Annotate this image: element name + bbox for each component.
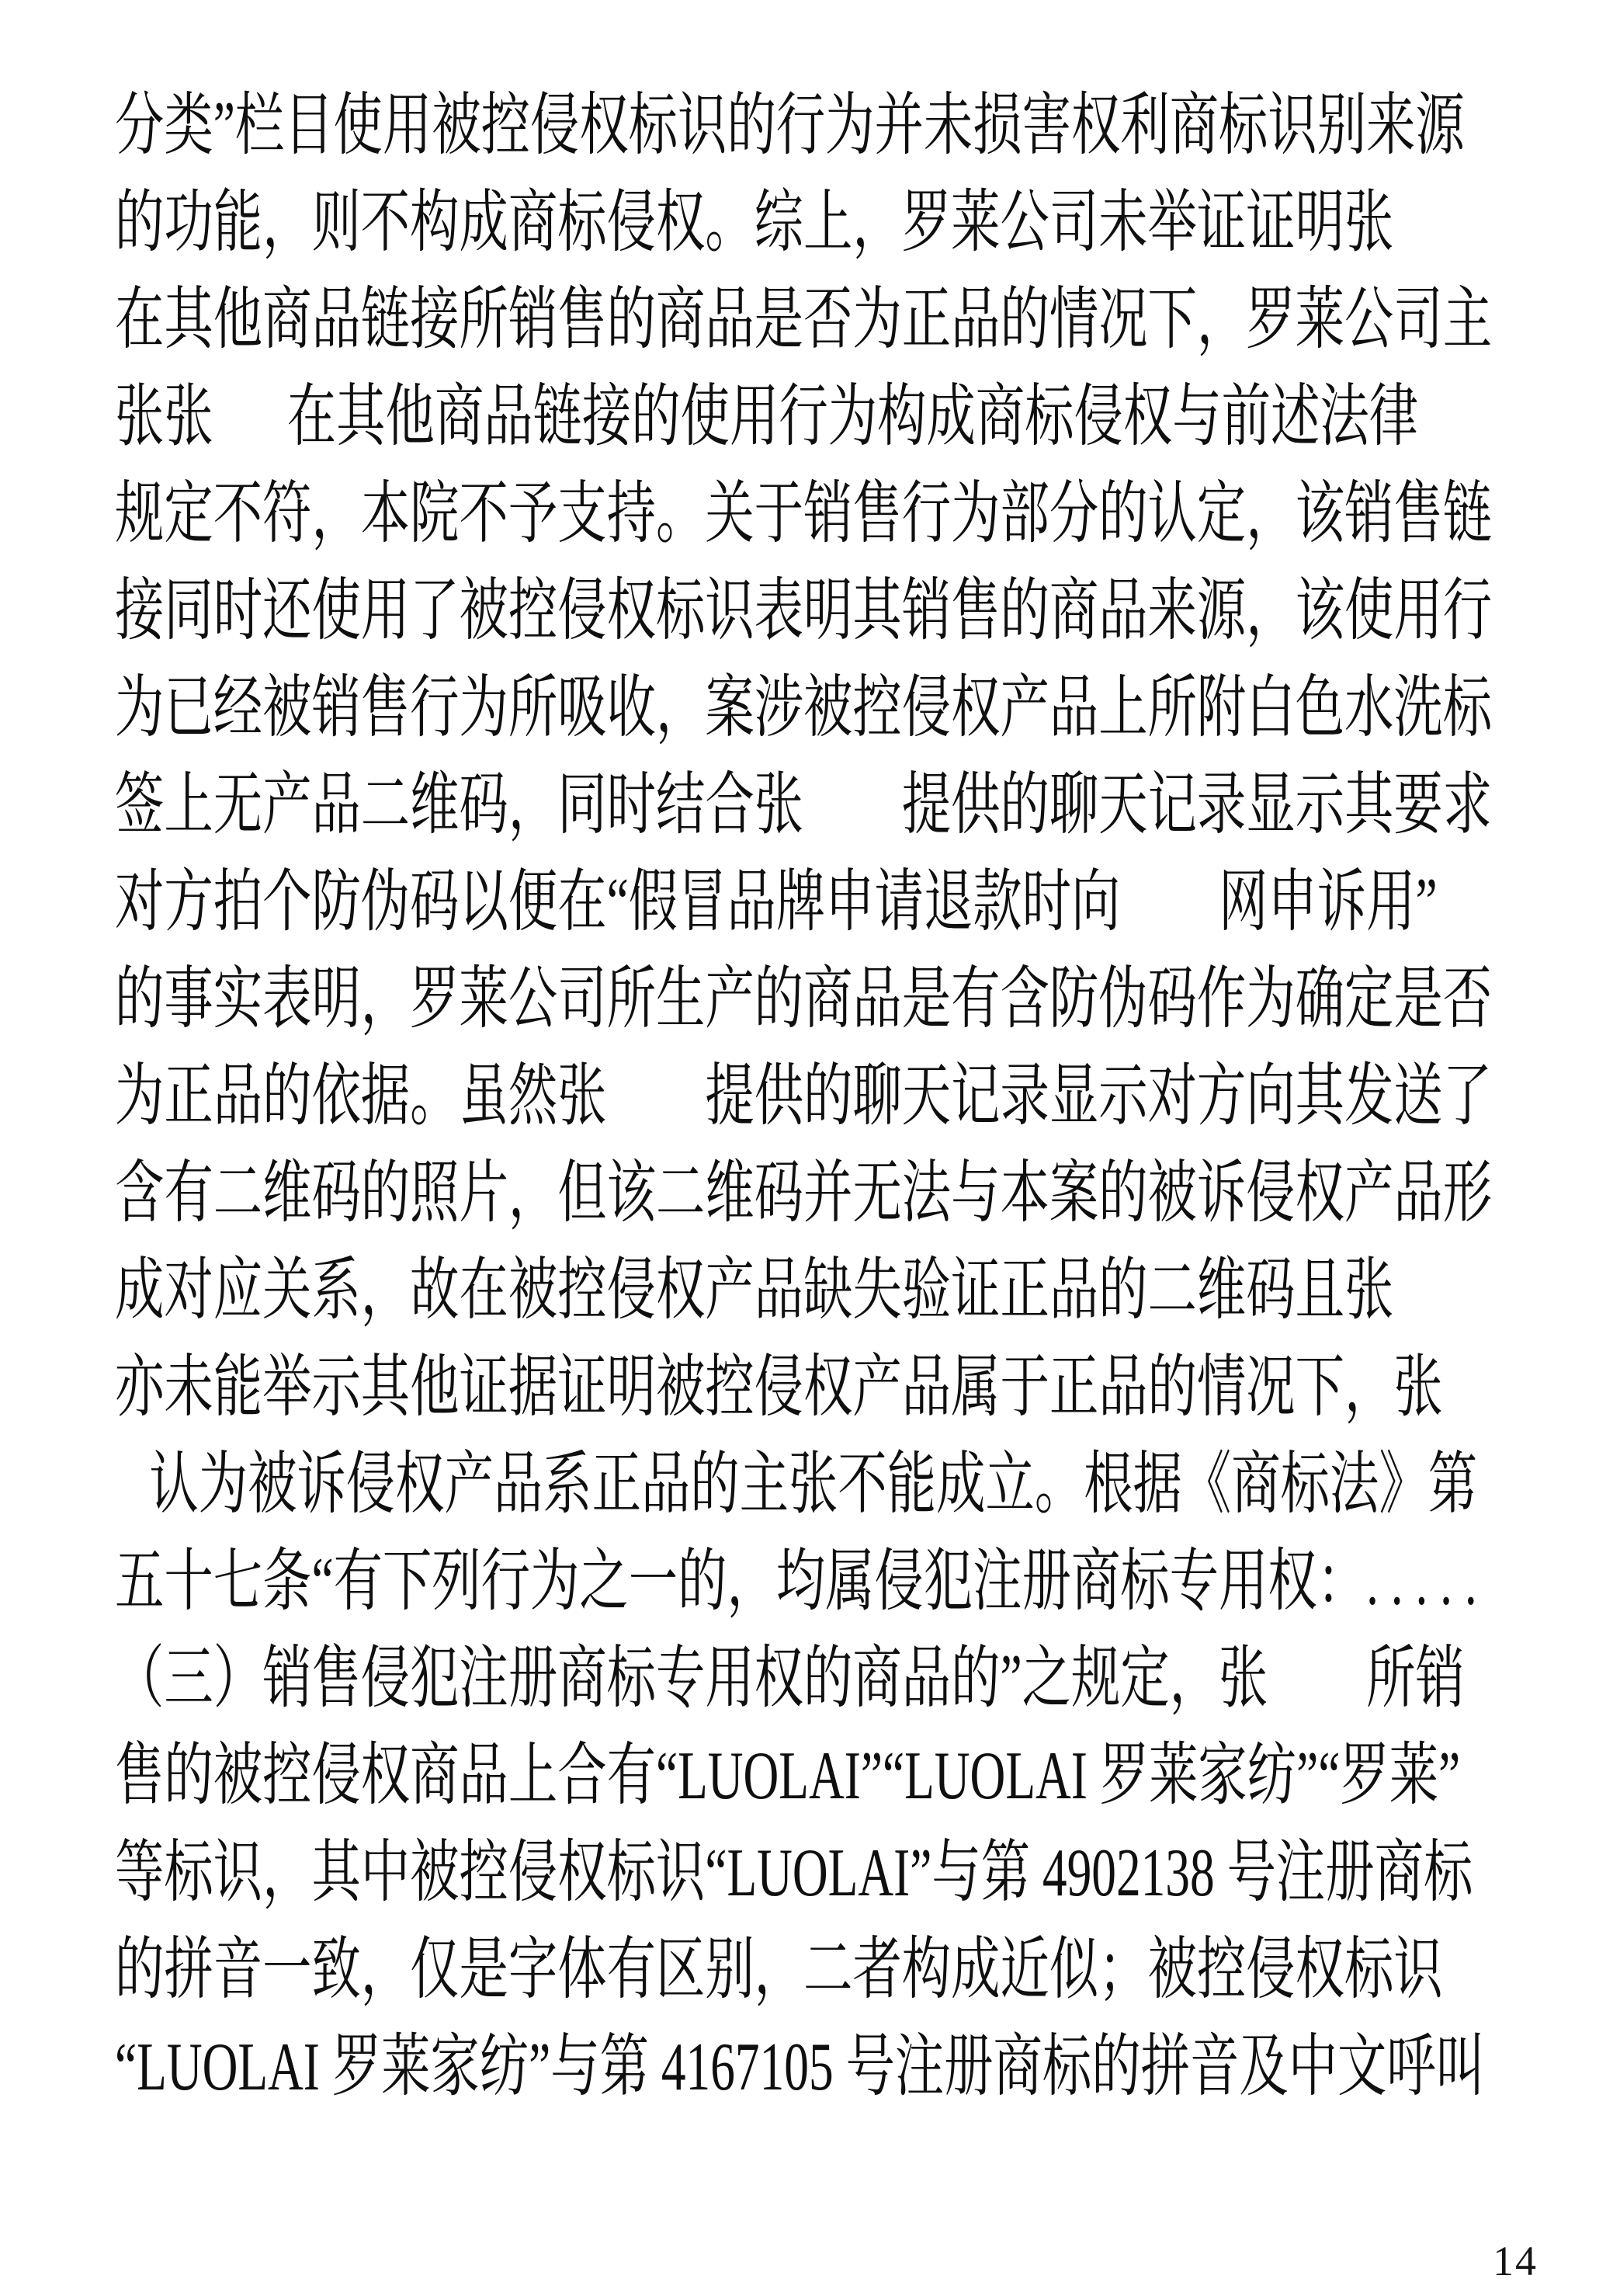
text-line: 为正品的依据。虽然张提供的聊天记录显示对方向其发送了 — [115, 1048, 1512, 1145]
text-line: 含有二维码的照片，但该二维码并无法与本案的被诉侵权产品形 — [115, 1145, 1512, 1242]
text-line: 的功能，则不构成商标侵权。综上，罗莱公司未举证证明张 — [115, 175, 1512, 272]
text-segment: 分类”栏目使用被控侵权标识的行为并未损害权利商标识别来源 — [115, 89, 1465, 164]
text-line-content: 售的被控侵权商品上合有“LUOLAI”“LUOLAI 罗莱家纺”“罗莱” — [115, 1728, 1460, 1825]
page-number: 14 — [1493, 2237, 1538, 2285]
text-line: 五十七条“有下列行为之一的，均属侵犯注册商标专用权：. . . . . — [115, 1534, 1512, 1631]
redaction-blank — [213, 432, 287, 439]
text-segment: 提供的聊天记录显示对方向其发送了 — [705, 1059, 1492, 1134]
text-segment: 售的被控侵权商品上合有“LUOLAI”“LUOLAI 罗莱家纺”“罗莱” — [115, 1738, 1460, 1814]
text-line-content: 五十七条“有下列行为之一的，均属侵犯注册商标专用权：. . . . . — [115, 1534, 1477, 1631]
text-line-content: 含有二维码的照片，但该二维码并无法与本案的被诉侵权产品形 — [115, 1145, 1492, 1242]
text-line: 亦未能举示其他证据证明被控侵权产品属于正品的情况下，张 — [115, 1339, 1512, 1436]
text-segment: 签上无产品二维码，同时结合张 — [115, 768, 803, 843]
text-segment: 在其他商品链接所销售的商品是否为正品的情况下，罗莱公司主 — [115, 283, 1492, 358]
text-line-content: 的事实表明，罗莱公司所生产的商品是有含防伪码作为确定是否 — [115, 951, 1492, 1048]
text-segment: 五十七条“有下列行为之一的，均属侵犯注册商标专用权：. . . . . — [115, 1544, 1477, 1620]
text-line: 成对应关系，故在被控侵权产品缺失验证正品的二维码且张 — [115, 1242, 1512, 1339]
text-line-content: 的拼音一致，仅是字体有区别，二者构成近似；被控侵权标识 — [115, 1922, 1443, 2019]
text-line: 分类”栏目使用被控侵权标识的行为并未损害权利商标识别来源 — [115, 78, 1512, 175]
text-line: 的事实表明，罗莱公司所生产的商品是有含防伪码作为确定是否 — [115, 951, 1512, 1048]
text-line-content: 对方拍个防伪码以便在“假冒品牌申请退款时向网申诉用” — [115, 854, 1438, 951]
text-line: 等标识，其中被控侵权标识“LUOLAI”与第 4902138 号注册商标 — [115, 1825, 1512, 1922]
text-segment: 在其他商品链接的使用行为构成商标侵权与前述法律 — [287, 380, 1418, 455]
text-line-content: 接同时还使用了被控侵权标识表明其销售的商品来源，该使用行 — [115, 563, 1492, 660]
text-segment: 成对应关系，故在被控侵权产品缺失验证正品的二维码且张 — [115, 1253, 1393, 1329]
text-line: 规定不符，本院不予支持。关于销售行为部分的认定，该销售链 — [115, 466, 1512, 563]
redaction-blank — [1120, 917, 1219, 925]
text-segment: 等标识，其中被控侵权标识“LUOLAI”与第 4902138 号注册商标 — [115, 1836, 1473, 1911]
text-line-content: 规定不符，本院不予支持。关于销售行为部分的认定，该销售链 — [115, 466, 1492, 563]
text-line-content: 的功能，则不构成商标侵权。综上，罗莱公司未举证证明张 — [115, 175, 1393, 272]
text-line: 在其他商品链接所销售的商品是否为正品的情况下，罗莱公司主 — [115, 272, 1512, 369]
document-page: 分类”栏目使用被控侵权标识的行为并未损害权利商标识别来源的功能，则不构成商标侵权… — [0, 0, 1620, 2296]
text-line-content: （三）销售侵犯注册商标专用权的商品的”之规定，张所销 — [115, 1631, 1465, 1728]
text-line-content: 签上无产品二维码，同时结合张提供的聊天记录显示其要求 — [115, 757, 1492, 854]
text-segment: 的事实表明，罗莱公司所生产的商品是有含防伪码作为确定是否 — [115, 962, 1492, 1037]
text-line: 为已经被销售行为所吸收，案涉被控侵权产品上所附白色水洗标 — [115, 660, 1512, 757]
text-line: （三）销售侵犯注册商标专用权的商品的”之规定，张所销 — [115, 1631, 1512, 1728]
redaction-blank — [1268, 1693, 1366, 1701]
text-line-content: 分类”栏目使用被控侵权标识的行为并未损害权利商标识别来源 — [115, 78, 1465, 175]
text-line-content: 为正品的依据。虽然张提供的聊天记录显示对方向其发送了 — [115, 1048, 1492, 1145]
text-line-content: 成对应关系，故在被控侵权产品缺失验证正品的二维码且张 — [115, 1242, 1393, 1339]
text-line: 的拼音一致，仅是字体有区别，二者构成近似；被控侵权标识 — [115, 1922, 1512, 2019]
text-segment: 网申诉用” — [1219, 865, 1438, 940]
text-segment: 为已经被销售行为所吸收，案涉被控侵权产品上所附白色水洗标 — [115, 671, 1492, 746]
text-line: 售的被控侵权商品上合有“LUOLAI”“LUOLAI 罗莱家纺”“罗莱” — [115, 1728, 1512, 1825]
text-line: “LUOLAI 罗莱家纺”与第 4167105 号注册商标的拼音及中文呼叫 — [115, 2019, 1512, 2116]
text-segment: 提供的聊天记录显示其要求 — [902, 768, 1492, 843]
text-line-content: 为已经被销售行为所吸收，案涉被控侵权产品上所附白色水洗标 — [115, 660, 1492, 757]
text-line: 接同时还使用了被控侵权标识表明其销售的商品来源，该使用行 — [115, 563, 1512, 660]
text-line: 认为被诉侵权产品系正品的主张不能成立。根据《商标法》第 — [115, 1436, 1512, 1534]
redaction-blank — [803, 820, 902, 828]
text-segment: 亦未能举示其他证据证明被控侵权产品属于正品的情况下，张 — [115, 1350, 1443, 1426]
text-line-content: 亦未能举示其他证据证明被控侵权产品属于正品的情况下，张 — [115, 1339, 1443, 1436]
text-segment: 规定不符，本院不予支持。关于销售行为部分的认定，该销售链 — [115, 477, 1492, 552]
text-line: 对方拍个防伪码以便在“假冒品牌申请退款时向网申诉用” — [115, 854, 1512, 951]
text-segment: 含有二维码的照片，但该二维码并无法与本案的被诉侵权产品形 — [115, 1156, 1492, 1231]
text-line-content: 张张在其他商品链接的使用行为构成商标侵权与前述法律 — [115, 369, 1418, 466]
body-text: 分类”栏目使用被控侵权标识的行为并未损害权利商标识别来源的功能，则不构成商标侵权… — [115, 78, 1512, 2116]
text-segment: 认为被诉侵权产品系正品的主张不能成立。根据《商标法》第 — [149, 1447, 1477, 1523]
text-segment: “LUOLAI 罗莱家纺”与第 4167105 号注册商标的拼音及中文呼叫 — [115, 2030, 1485, 2105]
text-segment: 为正品的依据。虽然张 — [115, 1059, 607, 1134]
text-line-content: 认为被诉侵权产品系正品的主张不能成立。根据《商标法》第 — [115, 1436, 1477, 1534]
text-segment: （三）销售侵犯注册商标专用权的商品的”之规定，张 — [115, 1641, 1268, 1717]
text-line-content: 等标识，其中被控侵权标识“LUOLAI”与第 4902138 号注册商标 — [115, 1825, 1473, 1922]
text-segment: 接同时还使用了被控侵权标识表明其销售的商品来源，该使用行 — [115, 574, 1492, 649]
text-segment: 的拼音一致，仅是字体有区别，二者构成近似；被控侵权标识 — [115, 1933, 1443, 2008]
text-line-content: 在其他商品链接所销售的商品是否为正品的情况下，罗莱公司主 — [115, 272, 1492, 369]
redaction-blank — [115, 1499, 149, 1507]
redaction-blank — [607, 1111, 706, 1119]
text-segment: 张张 — [115, 380, 213, 455]
text-line: 签上无产品二维码，同时结合张提供的聊天记录显示其要求 — [115, 757, 1512, 854]
text-segment: 所销 — [1366, 1641, 1465, 1717]
text-line: 张张在其他商品链接的使用行为构成商标侵权与前述法律 — [115, 369, 1512, 466]
text-segment: 对方拍个防伪码以便在“假冒品牌申请退款时向 — [115, 865, 1120, 940]
text-segment: 的功能，则不构成商标侵权。综上，罗莱公司未举证证明张 — [115, 186, 1393, 261]
text-line-content: “LUOLAI 罗莱家纺”与第 4167105 号注册商标的拼音及中文呼叫 — [115, 2019, 1485, 2116]
